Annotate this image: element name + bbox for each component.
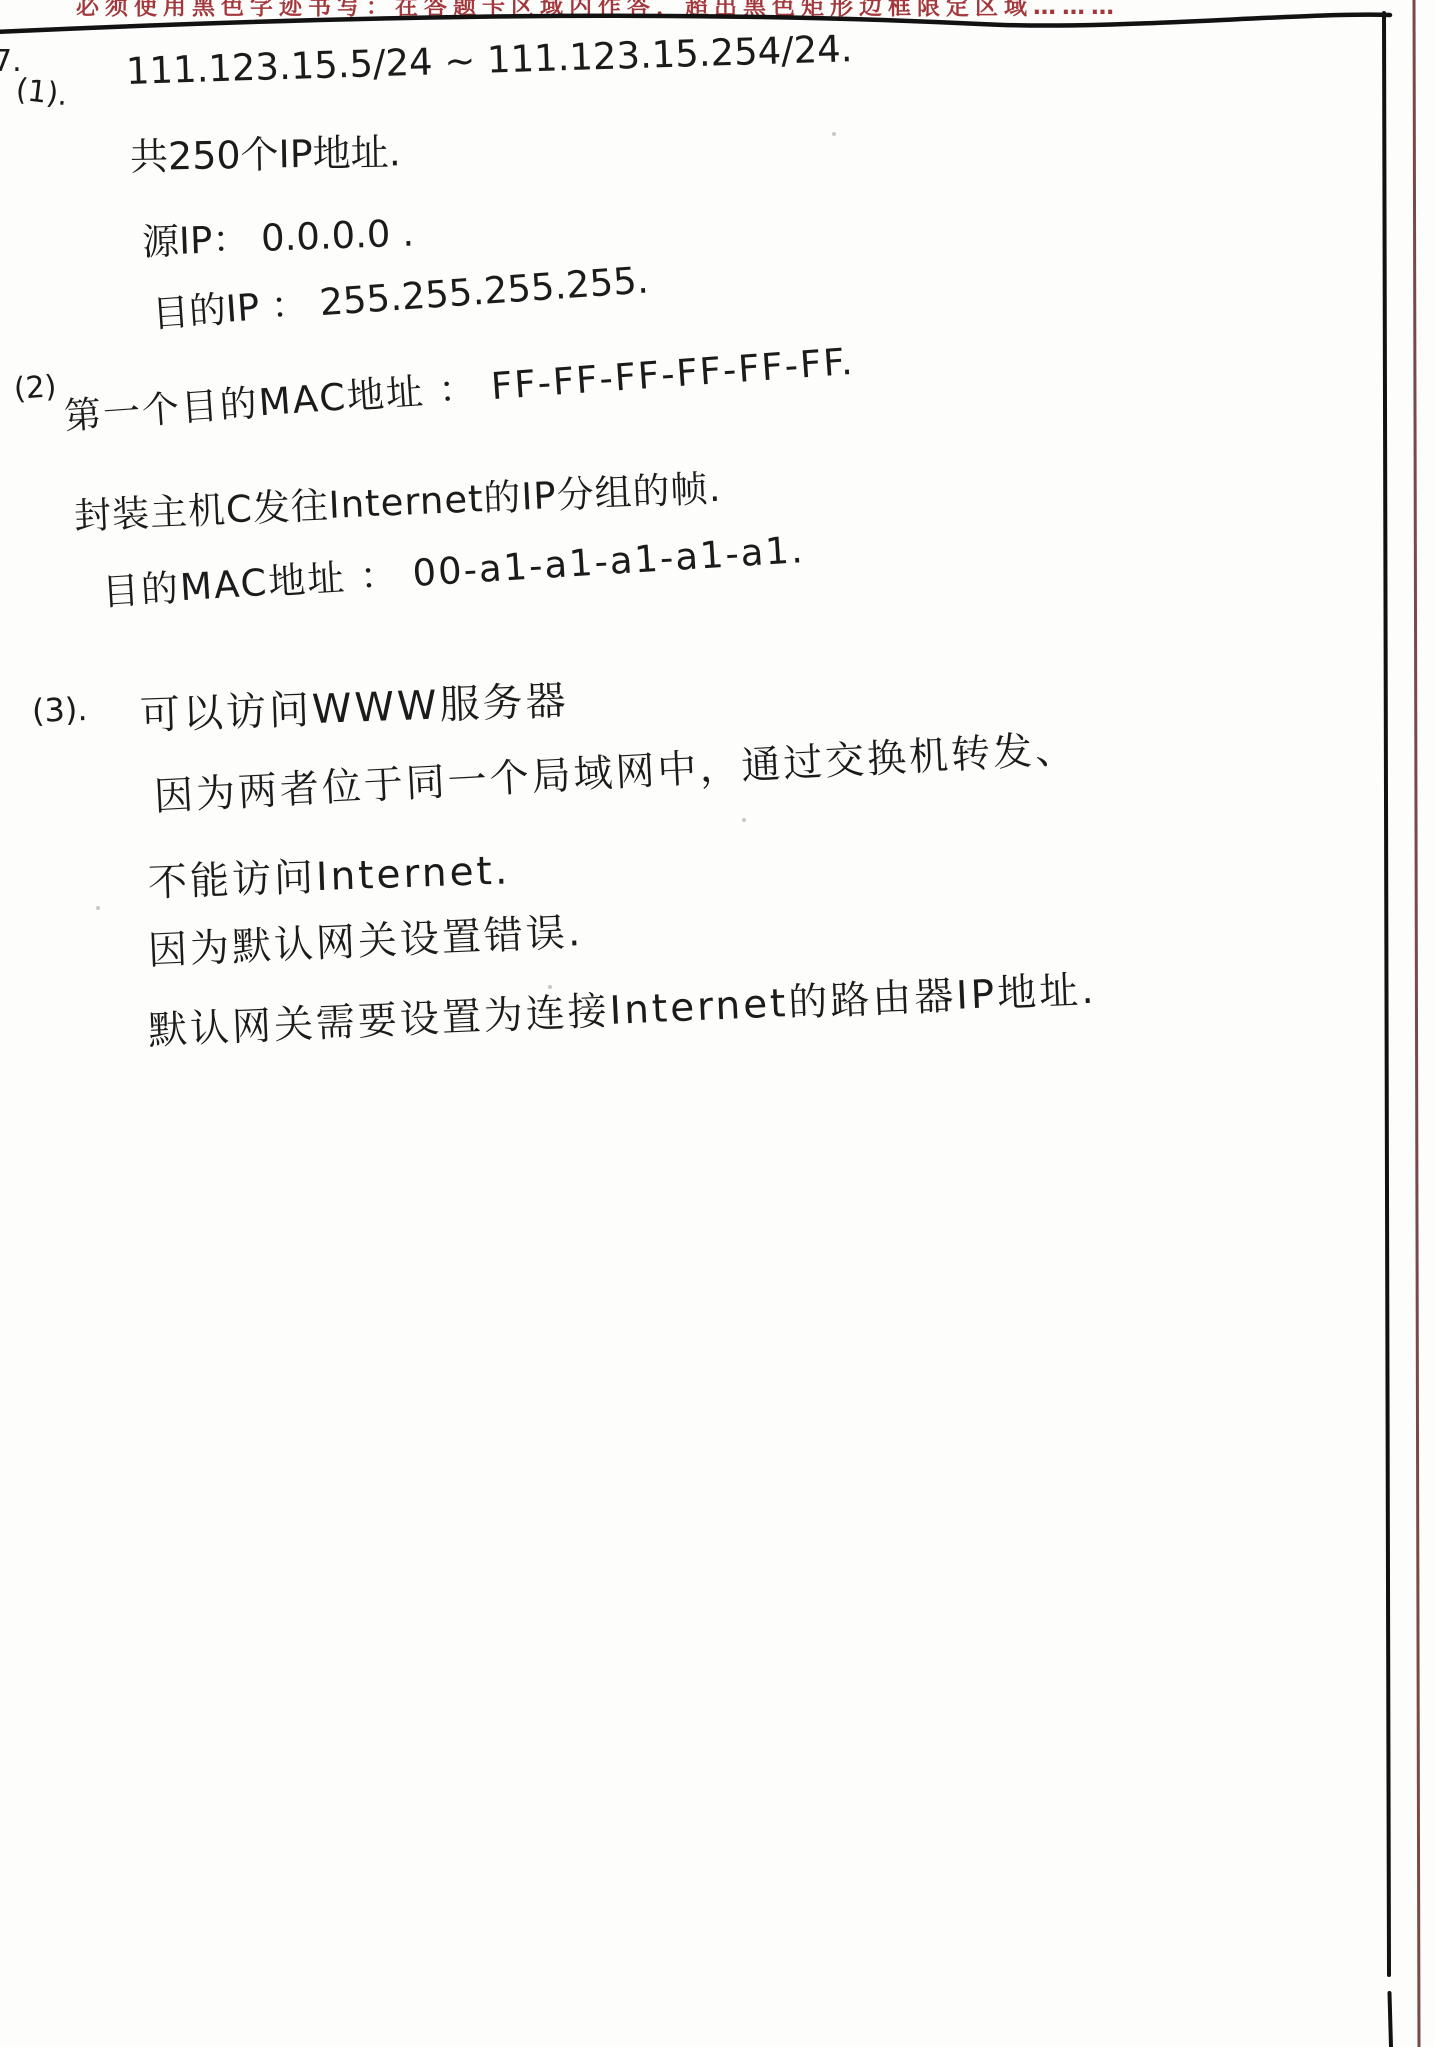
scanned-answer-sheet: 必须使用黑色字迹书写：在答题卡区域内作答，超出黑色矩形边框限定区域……… 7. … xyxy=(0,0,1435,2047)
printed-notice-text: 必须使用黑色字迹书写：在答题卡区域内作答，超出黑色矩形边框限定区域……… xyxy=(76,0,1146,17)
handwritten-line-wrong-gateway: 因为默认网关设置错误. xyxy=(147,901,584,976)
page-edge-red-line xyxy=(1414,0,1419,2047)
handwritten-line-frame-encapsulation: 封装主机C发往Internet的IP分组的帧. xyxy=(73,458,722,540)
handwritten-line-ip-range: 111.123.15.5/24 ~ 111.123.15.254/24. xyxy=(125,27,853,93)
handwritten-line-can-access-www: 可以访问WWW服务器 xyxy=(139,669,569,741)
handwritten-line-ip-count: 共250个IP地址. xyxy=(130,121,402,181)
handwritten-line-source-ip: 源IP： 0.0.0.0 . xyxy=(141,203,415,266)
part1-label: (1). xyxy=(14,72,70,113)
right-border-line-upper xyxy=(1384,13,1389,1975)
scan-speck xyxy=(742,818,746,822)
part2-label: (2) xyxy=(13,369,58,407)
scan-speck xyxy=(96,906,100,910)
right-border-line-lower xyxy=(1390,1993,1392,2047)
scan-speck xyxy=(832,132,836,136)
handwritten-line-cannot-access-internet: 不能访问Internet. xyxy=(147,839,511,908)
handwritten-line-first-dest-mac: 第一个目的MAC地址 ： FF-FF-FF-FF-FF-FF. xyxy=(62,331,856,440)
part3-label: (3). xyxy=(31,690,88,730)
handwritten-line-gateway-should-be: 默认网关需要设置为连接Internet的路由器IP地址. xyxy=(147,959,1098,1056)
top-border-line xyxy=(0,15,1390,32)
printed-notice-strip: 必须使用黑色字迹书写：在答题卡区域内作答，超出黑色矩形边框限定区域……… xyxy=(76,0,1146,17)
scan-speck xyxy=(548,985,552,989)
